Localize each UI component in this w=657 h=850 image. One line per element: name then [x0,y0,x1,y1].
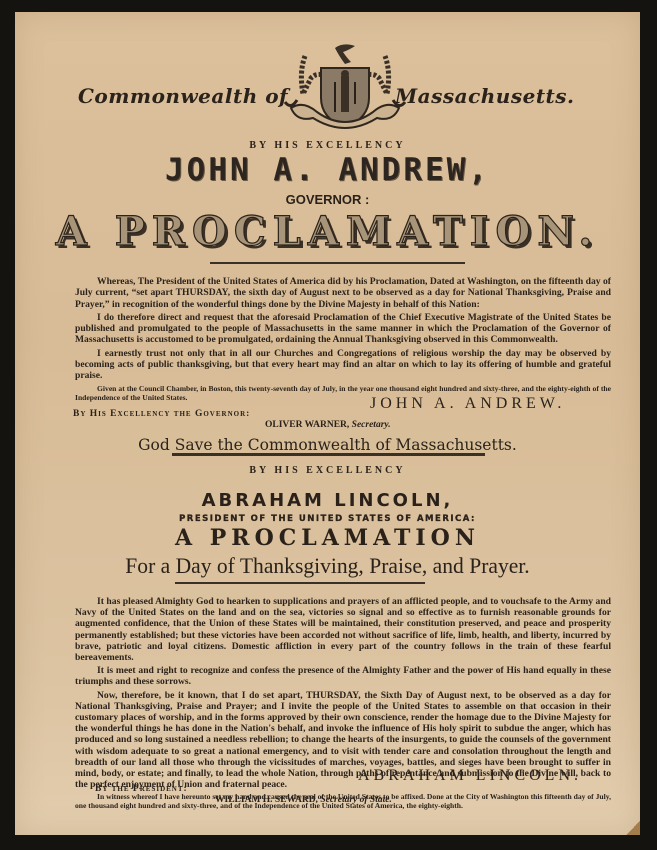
paragraph: I earnestly trust not only that in all o… [75,348,611,382]
paragraph: It has pleased Almighty God to hearken t… [75,596,611,663]
paragraph: It is meet and right to recognize and co… [75,665,611,687]
secretary-title: Secretary of State. [320,795,392,805]
secretary-name: WILLIAM H. SEWARD, [215,795,318,805]
secretary-title: Secretary. [352,420,391,430]
governor-signature: JOHN A. ANDREW. [370,395,565,413]
title-commonwealth-of: Commonwealth of [78,84,288,108]
paragraph: I do therefore direct and request that t… [75,312,611,346]
god-save-commonwealth: God Save the Commonwealth of Massachuset… [15,436,640,454]
president-title: PRESIDENT OF THE UNITED STATES OF AMERIC… [15,514,640,524]
proclamation-subtitle: For a Day of Thanksgiving, Praise, and P… [21,553,634,579]
proclamation-title-bold: A PROCLAMATION [15,525,640,551]
governor-name: JOHN A. ANDREW, [15,152,640,188]
header: Commonwealth of Massachusetts. [15,42,640,142]
by-the-governor: By His Excellency the Governor: [73,409,250,419]
massachusetts-seal-icon [277,42,413,138]
section-divider [172,453,485,456]
corner-fold [626,821,640,835]
divider [175,582,425,584]
broadside-paper: Commonwealth of Massachusetts. BY HIS EX… [15,12,640,835]
president-name: ABRAHAM LINCOLN, [15,490,640,511]
secretary-of-state: WILLIAM H. SEWARD, Secretary of State. [215,795,392,805]
governor-proclamation-body: Whereas, The President of the United Sta… [75,276,611,404]
title-massachusetts: Massachusetts. [395,84,575,108]
governor-secretary: OLIVER WARNER, Secretary. [265,420,391,430]
governor-title: GOVERNOR : [15,192,640,207]
by-the-president: By the President: [95,784,188,794]
proclamation-title-ornate: A PROCLAMATION. [15,208,640,255]
secretary-name: OLIVER WARNER, [265,420,349,430]
paragraph: Whereas, The President of the United Sta… [75,276,611,310]
president-signature: ABRAHAM LINCOLN. [358,767,582,785]
by-his-excellency-governor: BY HIS EXCELLENCY [15,140,640,151]
by-his-excellency-president: BY HIS EXCELLENCY [15,465,640,476]
divider [210,262,465,264]
